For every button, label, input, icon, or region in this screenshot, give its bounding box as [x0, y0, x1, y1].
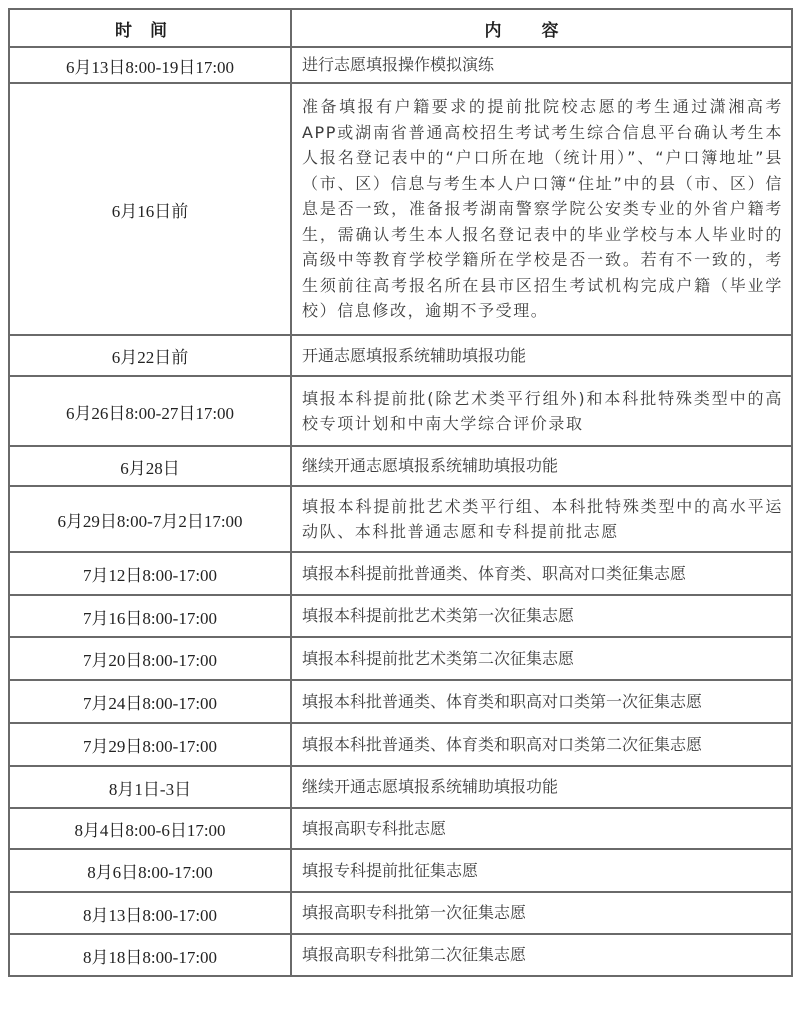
table-row: 7月12日8:00-17:00填报本科提前批普通类、体育类、职高对口类征集志愿 [9, 552, 792, 595]
table-row: 8月1日-3日继续开通志愿填报系统辅助填报功能 [9, 766, 792, 808]
row-content-cell: 填报本科提前批普通类、体育类、职高对口类征集志愿 [291, 552, 792, 595]
schedule-table: 时间 内容 6月13日8:00-19日17:00进行志愿填报操作模拟演练6月16… [8, 8, 793, 977]
table-row: 6月28日继续开通志愿填报系统辅助填报功能 [9, 446, 792, 486]
row-time-cell: 6月16日前 [9, 83, 291, 335]
row-content-cell: 填报本科提前批(除艺术类平行组外)和本科批特殊类型中的高校专项计划和中南大学综合… [291, 376, 792, 446]
table-row: 7月16日8:00-17:00填报本科提前批艺术类第一次征集志愿 [9, 595, 792, 637]
row-time-cell: 8月6日8:00-17:00 [9, 849, 291, 892]
table-row: 6月29日8:00-7月2日17:00填报本科提前批艺术类平行组、本科批特殊类型… [9, 486, 792, 552]
row-content-cell: 继续开通志愿填报系统辅助填报功能 [291, 766, 792, 808]
row-content-cell: 填报本科批普通类、体育类和职高对口类第一次征集志愿 [291, 680, 792, 723]
header-time: 时间 [9, 9, 291, 47]
row-time-cell: 8月13日8:00-17:00 [9, 892, 291, 934]
header-content: 内容 [291, 9, 792, 47]
row-content-cell: 填报高职专科批第二次征集志愿 [291, 934, 792, 976]
table-row: 6月22日前开通志愿填报系统辅助填报功能 [9, 335, 792, 376]
row-content-cell: 填报专科提前批征集志愿 [291, 849, 792, 892]
row-content-cell: 准备填报有户籍要求的提前批院校志愿的考生通过潇湘高考APP或湖南省普通高校招生考… [291, 83, 792, 335]
table-row: 8月6日8:00-17:00填报专科提前批征集志愿 [9, 849, 792, 892]
row-time-cell: 7月16日8:00-17:00 [9, 595, 291, 637]
row-content-cell: 填报本科提前批艺术类第一次征集志愿 [291, 595, 792, 637]
row-content-cell: 开通志愿填报系统辅助填报功能 [291, 335, 792, 376]
table-row: 7月24日8:00-17:00填报本科批普通类、体育类和职高对口类第一次征集志愿 [9, 680, 792, 723]
table-row: 8月4日8:00-6日17:00填报高职专科批志愿 [9, 808, 792, 849]
row-time-cell: 7月20日8:00-17:00 [9, 637, 291, 680]
row-content-cell: 继续开通志愿填报系统辅助填报功能 [291, 446, 792, 486]
row-content-cell: 填报本科提前批艺术类平行组、本科批特殊类型中的高水平运动队、本科批普通志愿和专科… [291, 486, 792, 552]
table-row: 6月13日8:00-19日17:00进行志愿填报操作模拟演练 [9, 47, 792, 83]
table-row: 8月18日8:00-17:00填报高职专科批第二次征集志愿 [9, 934, 792, 976]
row-time-cell: 6月29日8:00-7月2日17:00 [9, 486, 291, 552]
row-time-cell: 7月12日8:00-17:00 [9, 552, 291, 595]
row-time-cell: 7月24日8:00-17:00 [9, 680, 291, 723]
row-time-cell: 8月18日8:00-17:00 [9, 934, 291, 976]
row-time-cell: 8月4日8:00-6日17:00 [9, 808, 291, 849]
table-header-row: 时间 内容 [9, 9, 792, 47]
table-row: 6月26日8:00-27日17:00填报本科提前批(除艺术类平行组外)和本科批特… [9, 376, 792, 446]
row-time-cell: 6月13日8:00-19日17:00 [9, 47, 291, 83]
row-content-cell: 填报高职专科批第一次征集志愿 [291, 892, 792, 934]
header-time-label: 时间 [115, 21, 185, 41]
row-content-cell: 进行志愿填报操作模拟演练 [291, 47, 792, 83]
table-row: 7月20日8:00-17:00填报本科提前批艺术类第二次征集志愿 [9, 637, 792, 680]
row-time-cell: 7月29日8:00-17:00 [9, 723, 291, 766]
table-row: 8月13日8:00-17:00填报高职专科批第一次征集志愿 [9, 892, 792, 934]
table-row: 6月16日前准备填报有户籍要求的提前批院校志愿的考生通过潇湘高考APP或湖南省普… [9, 83, 792, 335]
row-time-cell: 6月22日前 [9, 335, 291, 376]
row-time-cell: 8月1日-3日 [9, 766, 291, 808]
row-content-cell: 填报高职专科批志愿 [291, 808, 792, 849]
row-time-cell: 6月26日8:00-27日17:00 [9, 376, 291, 446]
header-content-label: 内容 [485, 21, 599, 41]
row-content-cell: 填报本科批普通类、体育类和职高对口类第二次征集志愿 [291, 723, 792, 766]
row-content-cell: 填报本科提前批艺术类第二次征集志愿 [291, 637, 792, 680]
row-time-cell: 6月28日 [9, 446, 291, 486]
table-row: 7月29日8:00-17:00填报本科批普通类、体育类和职高对口类第二次征集志愿 [9, 723, 792, 766]
